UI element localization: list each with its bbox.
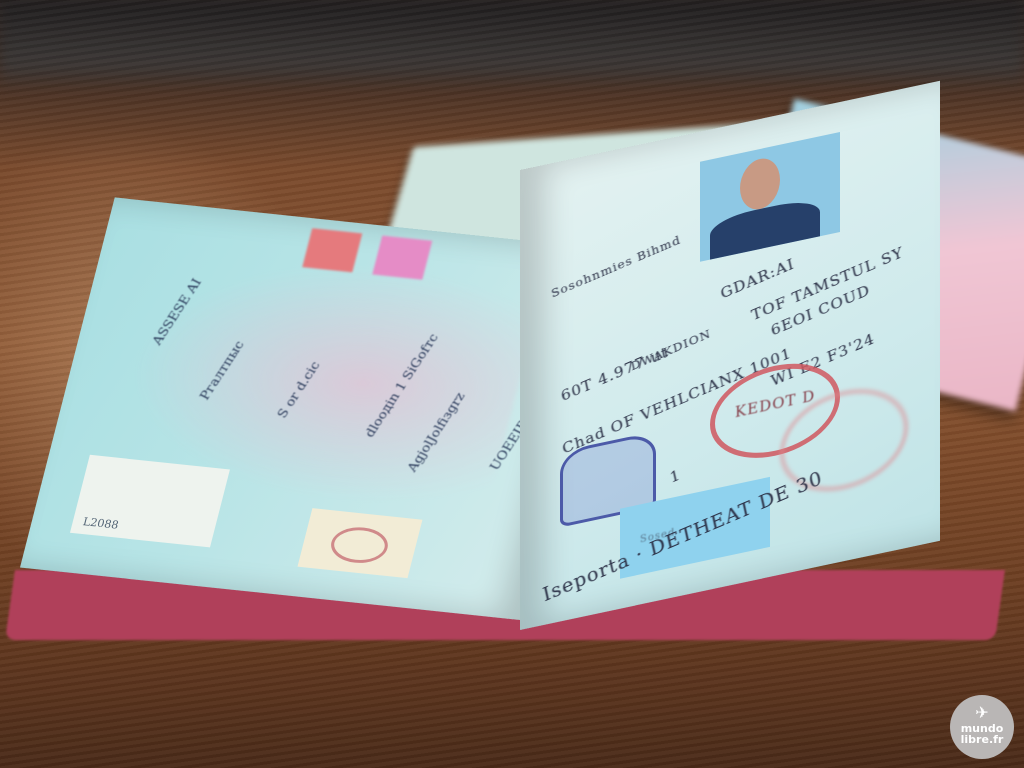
face <box>740 155 780 214</box>
panel-label: L2088 <box>81 515 120 531</box>
emblem-stamp <box>327 525 392 566</box>
pink-stamp <box>372 236 432 280</box>
emblem-panel <box>297 508 422 578</box>
field-8: 1 <box>668 465 682 486</box>
suitcase-plane-icon: ✈ <box>950 703 1014 723</box>
watermark-logo: ✈ mundo libre.fr <box>950 695 1014 759</box>
field-5: DWAKDION <box>629 326 712 373</box>
picture-panel: L2088 <box>70 455 230 548</box>
red-stamp <box>302 228 362 272</box>
page-header: Sosohnmies Bihmd <box>550 233 682 301</box>
watermark-line-2: libre.fr <box>961 733 1004 746</box>
holder-photo <box>700 132 840 262</box>
open-passport: ASSESE AI Ргалтпыс S or d.cic dlooдin 1 … <box>0 160 1000 660</box>
right-page: Sosohnmies Bihmd GDAR:AI TOF TAMSTUL SY … <box>520 81 940 630</box>
